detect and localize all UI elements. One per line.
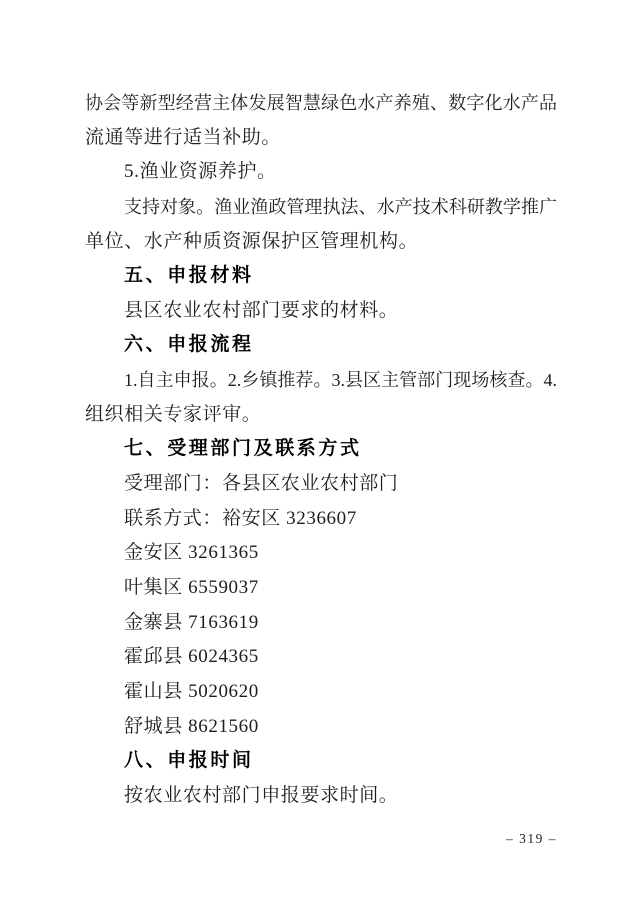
text-line: 支持对象。渔业渔政管理执法、水产技术科研教学推广	[85, 190, 557, 225]
text-line: 霍山县 5020620	[85, 675, 557, 710]
text-line: 金寨县 7163619	[85, 606, 557, 641]
page-number: – 319 –	[85, 831, 557, 847]
text-line: 舒城县 8621560	[85, 710, 557, 745]
text-line: 五、申报材料	[85, 259, 557, 294]
text-line: 叶集区 6559037	[85, 571, 557, 606]
text-line: 单位、水产种质资源保护区管理机构。	[85, 225, 557, 260]
text-line: 组织相关专家评审。	[85, 398, 557, 433]
document-page: 协会等新型经营主体发展智慧绿色水产养殖、数字化水产品流通等进行适当补助。5.渔业…	[0, 0, 642, 907]
text-line: 按农业农村部门申报要求时间。	[85, 779, 557, 814]
text-line: 受理部门：各县区农业农村部门	[85, 467, 557, 502]
document-body: 协会等新型经营主体发展智慧绿色水产养殖、数字化水产品流通等进行适当补助。5.渔业…	[85, 86, 557, 813]
text-line: 流通等进行适当补助。	[85, 121, 557, 156]
text-line: 八、申报时间	[85, 744, 557, 779]
text-line: 六、申报流程	[85, 328, 557, 363]
text-line: 1.自主申报。2.乡镇推荐。3.县区主管部门现场核查。4.	[85, 363, 557, 398]
text-line: 5.渔业资源养护。	[85, 155, 557, 190]
text-line: 县区农业农村部门要求的材料。	[85, 294, 557, 329]
text-line: 霍邱县 6024365	[85, 640, 557, 675]
text-line: 金安区 3261365	[85, 536, 557, 571]
text-line: 联系方式：裕安区 3236607	[85, 502, 557, 537]
text-line: 七、受理部门及联系方式	[85, 432, 557, 467]
text-line: 协会等新型经营主体发展智慧绿色水产养殖、数字化水产品	[85, 86, 557, 121]
